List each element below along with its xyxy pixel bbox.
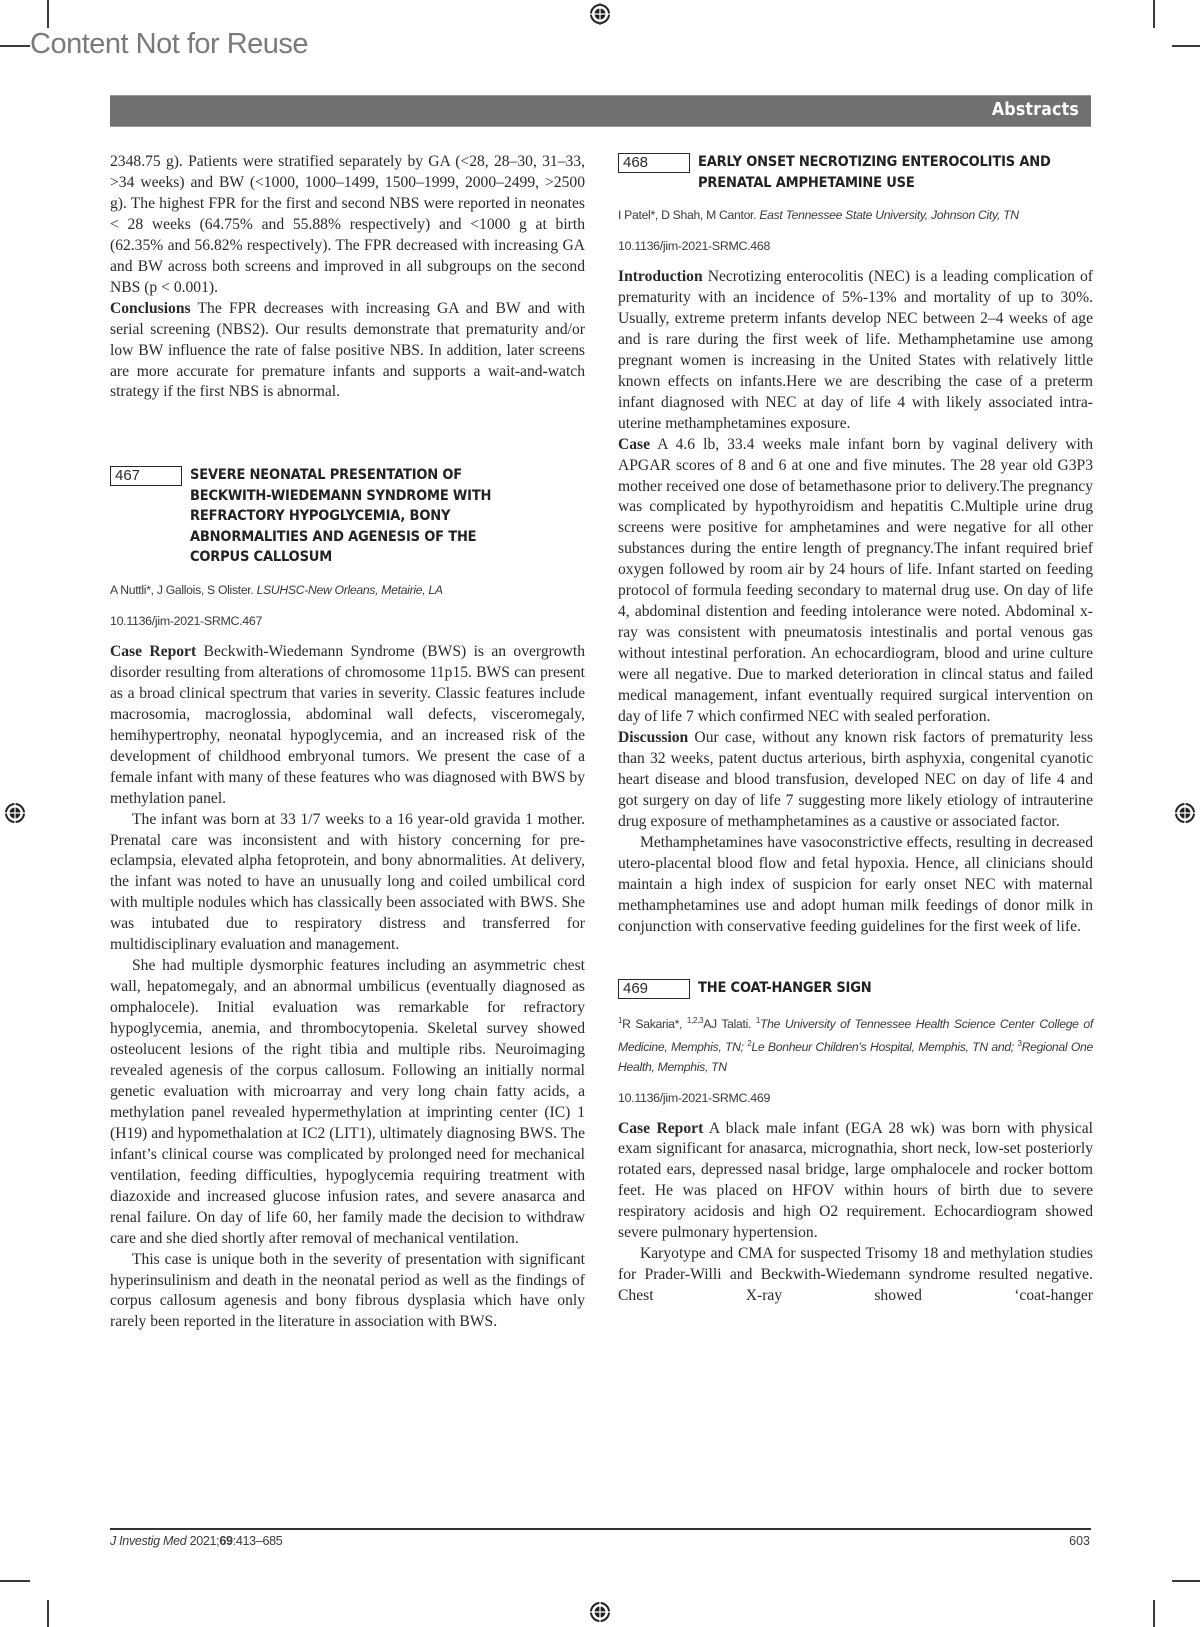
crop-mark-left-top (0, 45, 30, 47)
abstract-469: 469 THE COAT-HANGER SIGN 1R Sakaria*, 1,… (618, 978, 1093, 1308)
crop-mark-top-left (47, 0, 49, 28)
doi-link[interactable]: 10.1136/jim-2021-SRMC.469 (618, 1091, 1093, 1105)
registration-mark-icon (4, 802, 26, 824)
abstract-authors: I Patel*, D Shah, M Cantor. East Tenness… (618, 205, 1093, 225)
abstract-number: 469 (618, 979, 690, 999)
watermark: Content Not for Reuse (30, 28, 308, 61)
body-paragraph: This case is unique both in the severity… (110, 1250, 585, 1334)
body-paragraph: The infant was born at 33 1/7 weeks to a… (110, 810, 585, 957)
abstract-number: 467 (110, 466, 182, 486)
abstract-authors: A Nuttli*, J Gallois, S Olister. LSUHSC-… (110, 580, 585, 600)
abstract-heading: 469 THE COAT-HANGER SIGN (618, 978, 1093, 999)
case-label: Case (618, 436, 650, 453)
doi-link[interactable]: 10.1136/jim-2021-SRMC.468 (618, 239, 1093, 253)
left-column: 2348.75 g). Patients were stratified sep… (110, 152, 585, 1333)
introduction-paragraph: Introduction Necrotizing enterocolitis (… (618, 267, 1093, 435)
abstract-title: SEVERE NEONATAL PRESENTATION OF BECKWITH… (190, 465, 521, 568)
abstract-authors: 1R Sakaria*, 1,2,3AJ Talati. 1The Univer… (618, 1011, 1093, 1077)
conclusions-paragraph: Conclusions The FPR decreases with incre… (110, 299, 585, 404)
introduction-label: Introduction (618, 268, 703, 285)
footer-rule (110, 1528, 1091, 1530)
registration-mark-icon (1174, 802, 1196, 824)
affiliation: East Tennessee State University, Johnson… (759, 208, 1018, 222)
case-report-paragraph: Case Report Beckwith-Wiedemann Syndrome … (110, 642, 585, 810)
abstract-title: THE COAT-HANGER SIGN (698, 978, 1061, 999)
discussion-label: Discussion (618, 729, 688, 746)
abstract-heading: 468 EARLY ONSET NECROTIZING ENTEROCOLITI… (618, 152, 1093, 193)
discussion-paragraph: Discussion Our case, without any known r… (618, 728, 1093, 833)
case-report-label: Case Report (110, 643, 196, 660)
affiliation: Le Bonheur Children’s Hospital, Memphis,… (751, 1040, 1017, 1054)
crop-mark-bottom-left (47, 1600, 49, 1627)
right-column: 468 EARLY ONSET NECROTIZING ENTEROCOLITI… (618, 152, 1093, 1307)
abstract-heading: 467 SEVERE NEONATAL PRESENTATION OF BECK… (110, 465, 585, 568)
registration-mark-icon (589, 3, 611, 25)
body-paragraph: Methamphetamines have vasoconstrictive e… (618, 833, 1093, 938)
section-label: Abstracts (992, 99, 1079, 120)
registration-mark-icon (589, 1601, 611, 1623)
affiliation: LSUHSC-New Orleans, Metairie, LA (257, 583, 443, 597)
doi-link[interactable]: 10.1136/jim-2021-SRMC.467 (110, 614, 585, 628)
crop-mark-right-bottom (1172, 1580, 1200, 1582)
continuation-paragraph: 2348.75 g). Patients were stratified sep… (110, 152, 585, 299)
section-header-bar: Abstracts (110, 95, 1091, 127)
body-paragraph: She had multiple dysmorphic features inc… (110, 956, 585, 1249)
abstract-468: 468 EARLY ONSET NECROTIZING ENTEROCOLITI… (618, 152, 1093, 938)
case-paragraph: Case A 4.6 lb, 33.4 weeks male infant bo… (618, 435, 1093, 728)
page-number: 603 (1069, 1534, 1090, 1548)
case-report-label: Case Report (618, 1120, 703, 1137)
conclusions-label: Conclusions (110, 300, 191, 317)
crop-mark-left-bottom (0, 1580, 30, 1582)
body-paragraph: Karyotype and CMA for suspected Trisomy … (618, 1244, 1093, 1307)
crop-mark-top-right (1153, 0, 1155, 28)
abstract-number: 468 (618, 153, 690, 173)
abstract-467: 467 SEVERE NEONATAL PRESENTATION OF BECK… (110, 465, 585, 1333)
crop-mark-right-top (1172, 45, 1200, 47)
crop-mark-bottom-right (1153, 1600, 1155, 1627)
abstract-title: EARLY ONSET NECROTIZING ENTEROCOLITIS AN… (698, 152, 1061, 193)
journal-citation: J Investig Med 2021;69:413–685 (110, 1534, 282, 1548)
case-report-paragraph: Case Report A black male infant (EGA 28 … (618, 1119, 1093, 1245)
